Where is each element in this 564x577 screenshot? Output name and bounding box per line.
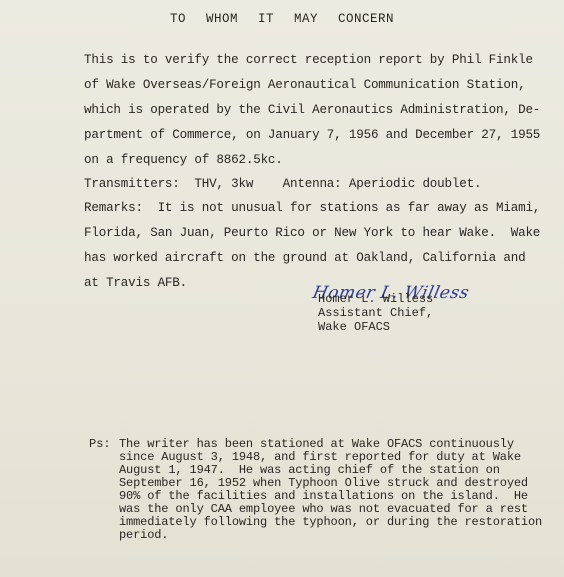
signer-office: Wake OFACS — [318, 320, 390, 334]
body-line: partment of Commerce, on January 7, 1956… — [84, 128, 540, 142]
body-line: Florida, San Juan, Peurto Rico or New Yo… — [84, 226, 540, 240]
postscript-line: September 16, 1952 when Typhoon Olive st… — [119, 476, 528, 490]
letter-heading: TO WHOM IT MAY CONCERN — [0, 12, 564, 26]
postscript-line: August 1, 1947. He was acting chief of t… — [119, 463, 500, 477]
body-line: has worked aircraft on the ground at Oak… — [84, 251, 525, 265]
postscript-line: 90% of the facilities and installations … — [119, 489, 528, 503]
body-line: on a frequency of 8862.5kc. — [84, 153, 283, 167]
signer-title: Assistant Chief, — [318, 306, 433, 320]
postscript-line: period. — [119, 528, 168, 542]
body-line: which is operated by the Civil Aeronauti… — [84, 103, 540, 117]
body-line: at Travis AFB. — [84, 276, 187, 290]
postscript-line: was the only CAA employee who was not ev… — [119, 502, 528, 516]
postscript-line: immediately following the typhoon, or du… — [119, 515, 542, 529]
body-line: of Wake Overseas/Foreign Aeronautical Co… — [84, 78, 525, 92]
signer-name: Homer L. Willess — [318, 292, 433, 306]
postscript-line: The writer has been stationed at Wake OF… — [119, 437, 514, 451]
postscript-line: since August 3, 1948, and first reported… — [119, 450, 521, 464]
body-line: Remarks: It is not unusual for stations … — [84, 201, 540, 215]
body-line: This is to verify the correct reception … — [84, 53, 533, 67]
body-line: Transmitters: THV, 3kw Antenna: Aperiodi… — [84, 177, 481, 191]
letter-page: TO WHOM IT MAY CONCERN This is to verify… — [0, 0, 564, 577]
postscript-label: Ps: — [89, 437, 111, 451]
